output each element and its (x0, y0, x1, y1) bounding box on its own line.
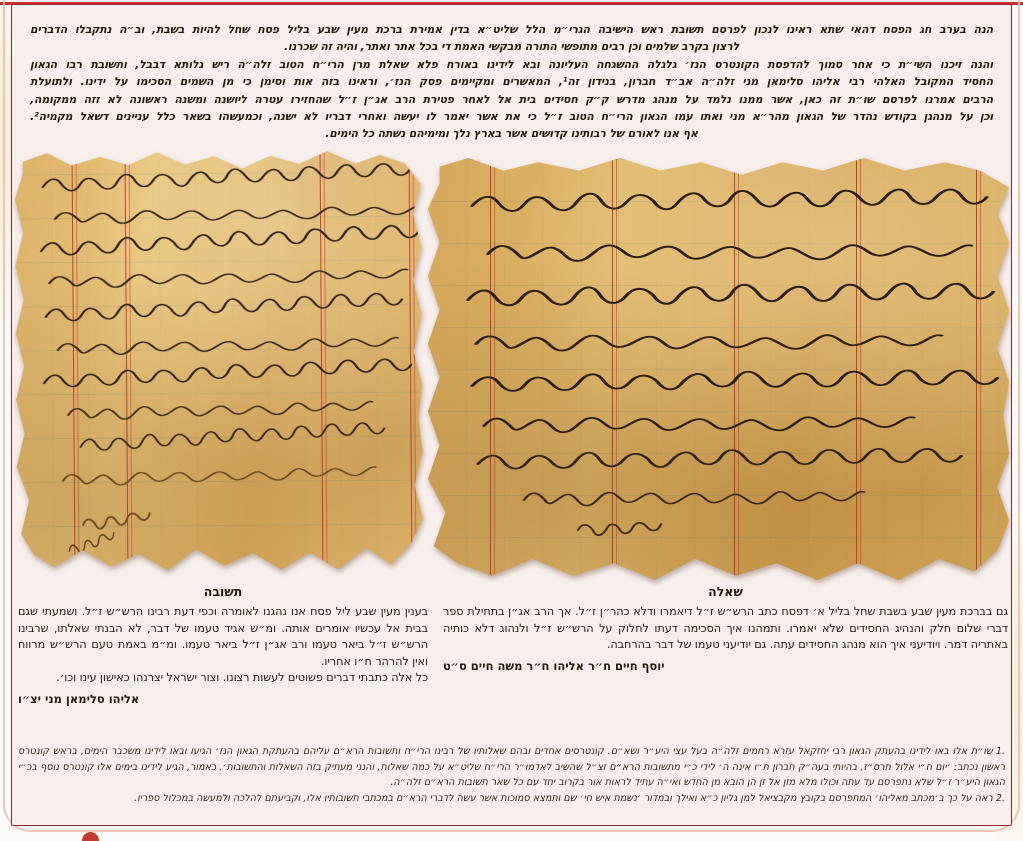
question-manuscript-scan (428, 158, 1009, 580)
handwriting-strokes (15, 151, 424, 572)
footnotes: 1.שו״ת אלו באו לידינו בהעתק הגאון רבי יח… (18, 744, 1005, 806)
answer-body-paragraph: כל אלה כתבתי דברים פשוטים לעשות רצונו. ו… (18, 670, 428, 687)
intro-line: והנה זיכנו השי״ת כי אחר סמוך להדפסת הקונ… (30, 56, 993, 73)
question-signature: יוסף חיים ח״ר אליהו ח״ר משה חיים ס״ט (443, 659, 1008, 673)
aged-paper (428, 158, 1009, 580)
aged-paper (15, 151, 424, 572)
intro-line: החסיד המקובל האלהי רבי אליהו סלימאן מני … (30, 73, 993, 90)
footnote-text: ראה על כך ב׳מכתב מאליהו׳ המתפרסם בקובץ מ… (134, 793, 993, 804)
answer-body-paragraph: בענין מעין שבע ליל פסח אנו נהגנו לאומרה … (18, 604, 428, 670)
answer-manuscript-scan (15, 151, 424, 572)
answer-heading: תשובה (18, 584, 428, 599)
footnote-number: 2. (996, 793, 1005, 804)
scanned-book-page: { "colors":{ "accent_red":"#cb2c31","fra… (0, 0, 1023, 841)
footnote-number: 1. (996, 746, 1005, 757)
answer-signature: אליהו סלימאן מני יצ״ו (18, 692, 428, 706)
footnote-text: שו״ת אלו באו לידינו בהעתק הגאון רבי יחזק… (18, 746, 1005, 788)
answer-section: תשובה בענין מעין שבע ליל פסח אנו נהגנו ל… (18, 584, 428, 706)
intro-line: וכן על מנהגן בקודש נהדר של הגאון מהר״א מ… (30, 108, 993, 125)
question-body: גם בברכת מעין שבע בשבת שחל בליל א׳ דפסח … (443, 604, 1008, 654)
footnote: 2.ראה על כך ב׳מכתב מאליהו׳ המתפרסם בקובץ… (18, 791, 1005, 807)
handwriting-strokes (428, 158, 1009, 580)
intro-closing-line: אף אנו לאורם של רבותינו קדושים אשר בארץ … (30, 125, 993, 142)
intro-line: לרצון בקרב שלמים וכן רבים מתופשי התורה מ… (30, 38, 993, 55)
question-heading: שאלה (443, 584, 1008, 599)
intro-line: הרבים אמרנו לפרסם שו״ת זה כאן, אשר ממנו … (30, 91, 993, 108)
question-section: שאלה גם בברכת מעין שבע בשבת שחל בליל א׳ … (443, 584, 1008, 673)
intro-line: הנה בערב חג הפסח דהאי שתא ראינו לנכון לפ… (30, 21, 993, 38)
footnote: 1.שו״ת אלו באו לידינו בהעתק הגאון רבי יח… (18, 744, 1005, 791)
intro-paragraphs: הנה בערב חג הפסח דהאי שתא ראינו לנכון לפ… (30, 21, 993, 143)
page-number-dot (82, 832, 99, 841)
